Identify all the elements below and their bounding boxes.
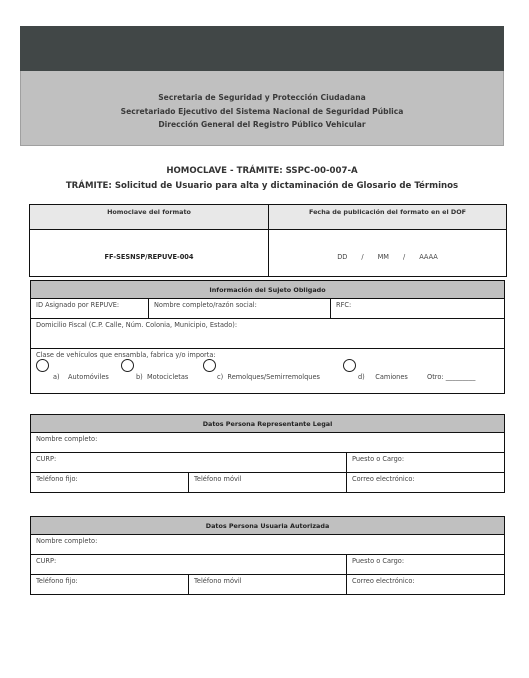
rep-puesto-field[interactable]: Puesto o Cargo: bbox=[347, 453, 505, 473]
tramite-title: TRÁMITE: Solicitud de Usuario para alta … bbox=[20, 181, 504, 191]
option-letter: d) bbox=[358, 373, 365, 381]
rfc-label: RFC: bbox=[336, 301, 351, 309]
usr-nombre-field[interactable]: Nombre completo: bbox=[31, 535, 505, 555]
institution-line-1: Secretaria de Seguridad y Protección Ciu… bbox=[21, 91, 503, 105]
domicilio-label: Domicilio Fiscal (C.P. Calle, Núm. Colon… bbox=[36, 321, 237, 329]
section-title: Datos Persona Usuaria Autorizada bbox=[31, 517, 505, 535]
usr-correo-field[interactable]: Correo electrónico: bbox=[347, 575, 505, 595]
option-label: Automóviles bbox=[68, 373, 109, 381]
usr-curp-field[interactable]: CURP: bbox=[31, 555, 347, 575]
usuaria-autorizada-section: Datos Persona Usuaria Autorizada Nombre … bbox=[30, 516, 505, 595]
header-institution-box: Secretaria de Seguridad y Protección Ciu… bbox=[20, 71, 504, 146]
date-year: AAAA bbox=[419, 245, 438, 261]
rep-tel-fijo-field[interactable]: Teléfono fijo: bbox=[31, 473, 189, 493]
option-letter: c) bbox=[217, 373, 223, 381]
option-label: Camiones bbox=[375, 373, 408, 381]
rep-nombre-field[interactable]: Nombre completo: bbox=[31, 433, 505, 453]
radio-circle-icon[interactable] bbox=[203, 359, 216, 372]
representante-legal-section: Datos Persona Representante Legal Nombre… bbox=[30, 414, 505, 493]
usr-tel-movil-label: Teléfono móvil bbox=[194, 577, 242, 585]
usr-curp-label: CURP: bbox=[36, 557, 56, 565]
option-label: Motocicletas bbox=[147, 373, 188, 381]
radio-circle-icon[interactable] bbox=[343, 359, 356, 372]
rep-tel-movil-label: Teléfono móvil bbox=[194, 475, 242, 483]
section-title: Datos Persona Representante Legal bbox=[31, 415, 505, 433]
option-letter: b) bbox=[136, 373, 143, 381]
vehicle-class-label: Clase de vehículos que ensambla, fabrica… bbox=[36, 351, 216, 359]
date-sep: / bbox=[403, 245, 405, 261]
institution-line-3: Dirección General del Registro Público V… bbox=[21, 118, 503, 132]
razon-social-label: Nombre completo/razón social: bbox=[154, 301, 257, 309]
rep-tel-fijo-label: Teléfono fijo: bbox=[36, 475, 78, 483]
publication-date-header: Fecha de publicación del formato en el D… bbox=[269, 205, 507, 230]
date-day: DD bbox=[337, 245, 347, 261]
rep-tel-movil-field[interactable]: Teléfono móvil bbox=[189, 473, 347, 493]
usr-nombre-label: Nombre completo: bbox=[36, 537, 97, 545]
domicilio-fiscal-field[interactable]: Domicilio Fiscal (C.P. Calle, Núm. Colon… bbox=[31, 319, 505, 349]
publication-date-field[interactable]: DD/MM/AAAA bbox=[269, 230, 507, 277]
usr-tel-fijo-field[interactable]: Teléfono fijo: bbox=[31, 575, 189, 595]
rfc-field[interactable]: RFC: bbox=[331, 299, 505, 319]
section-title: Información del Sujeto Obligado bbox=[31, 281, 505, 299]
usr-tel-movil-field[interactable]: Teléfono móvil bbox=[189, 575, 347, 595]
usr-puesto-label: Puesto o Cargo: bbox=[352, 557, 404, 565]
institution-line-2: Secretariado Ejecutivo del Sistema Nacio… bbox=[21, 105, 503, 119]
radio-circle-icon[interactable] bbox=[36, 359, 49, 372]
rep-curp-label: CURP: bbox=[36, 455, 56, 463]
id-repuve-field[interactable]: ID Asignado por REPUVE: bbox=[31, 299, 149, 319]
id-repuve-label: ID Asignado por REPUVE: bbox=[36, 301, 119, 309]
format-table: Homoclave del formato Fecha de publicaci… bbox=[29, 204, 507, 277]
rep-curp-field[interactable]: CURP: bbox=[31, 453, 347, 473]
otro-field[interactable]: Otro: _________ bbox=[427, 373, 475, 381]
usr-puesto-field[interactable]: Puesto o Cargo: bbox=[347, 555, 505, 575]
option-label: Remolques/Semirremolques bbox=[227, 373, 320, 381]
usr-tel-fijo-label: Teléfono fijo: bbox=[36, 577, 78, 585]
header-band bbox=[20, 26, 504, 71]
format-code-value: FF-SESNSP/REPUVE-004 bbox=[30, 230, 269, 277]
sujeto-obligado-section: Información del Sujeto Obligado ID Asign… bbox=[30, 280, 505, 394]
radio-circle-icon[interactable] bbox=[121, 359, 134, 372]
date-month: MM bbox=[378, 245, 389, 261]
date-sep: / bbox=[361, 245, 363, 261]
homoclave-title: HOMOCLAVE - TRÁMITE: SSPC-00-007-A bbox=[20, 166, 504, 176]
option-letter: a) bbox=[53, 373, 60, 381]
format-code-header: Homoclave del formato bbox=[30, 205, 269, 230]
vehicle-class-row: Clase de vehículos que ensambla, fabrica… bbox=[31, 349, 505, 394]
rep-nombre-label: Nombre completo: bbox=[36, 435, 97, 443]
rep-correo-field[interactable]: Correo electrónico: bbox=[347, 473, 505, 493]
rep-correo-label: Correo electrónico: bbox=[352, 475, 415, 483]
usr-correo-label: Correo electrónico: bbox=[352, 577, 415, 585]
razon-social-field[interactable]: Nombre completo/razón social: bbox=[149, 299, 331, 319]
rep-puesto-label: Puesto o Cargo: bbox=[352, 455, 404, 463]
